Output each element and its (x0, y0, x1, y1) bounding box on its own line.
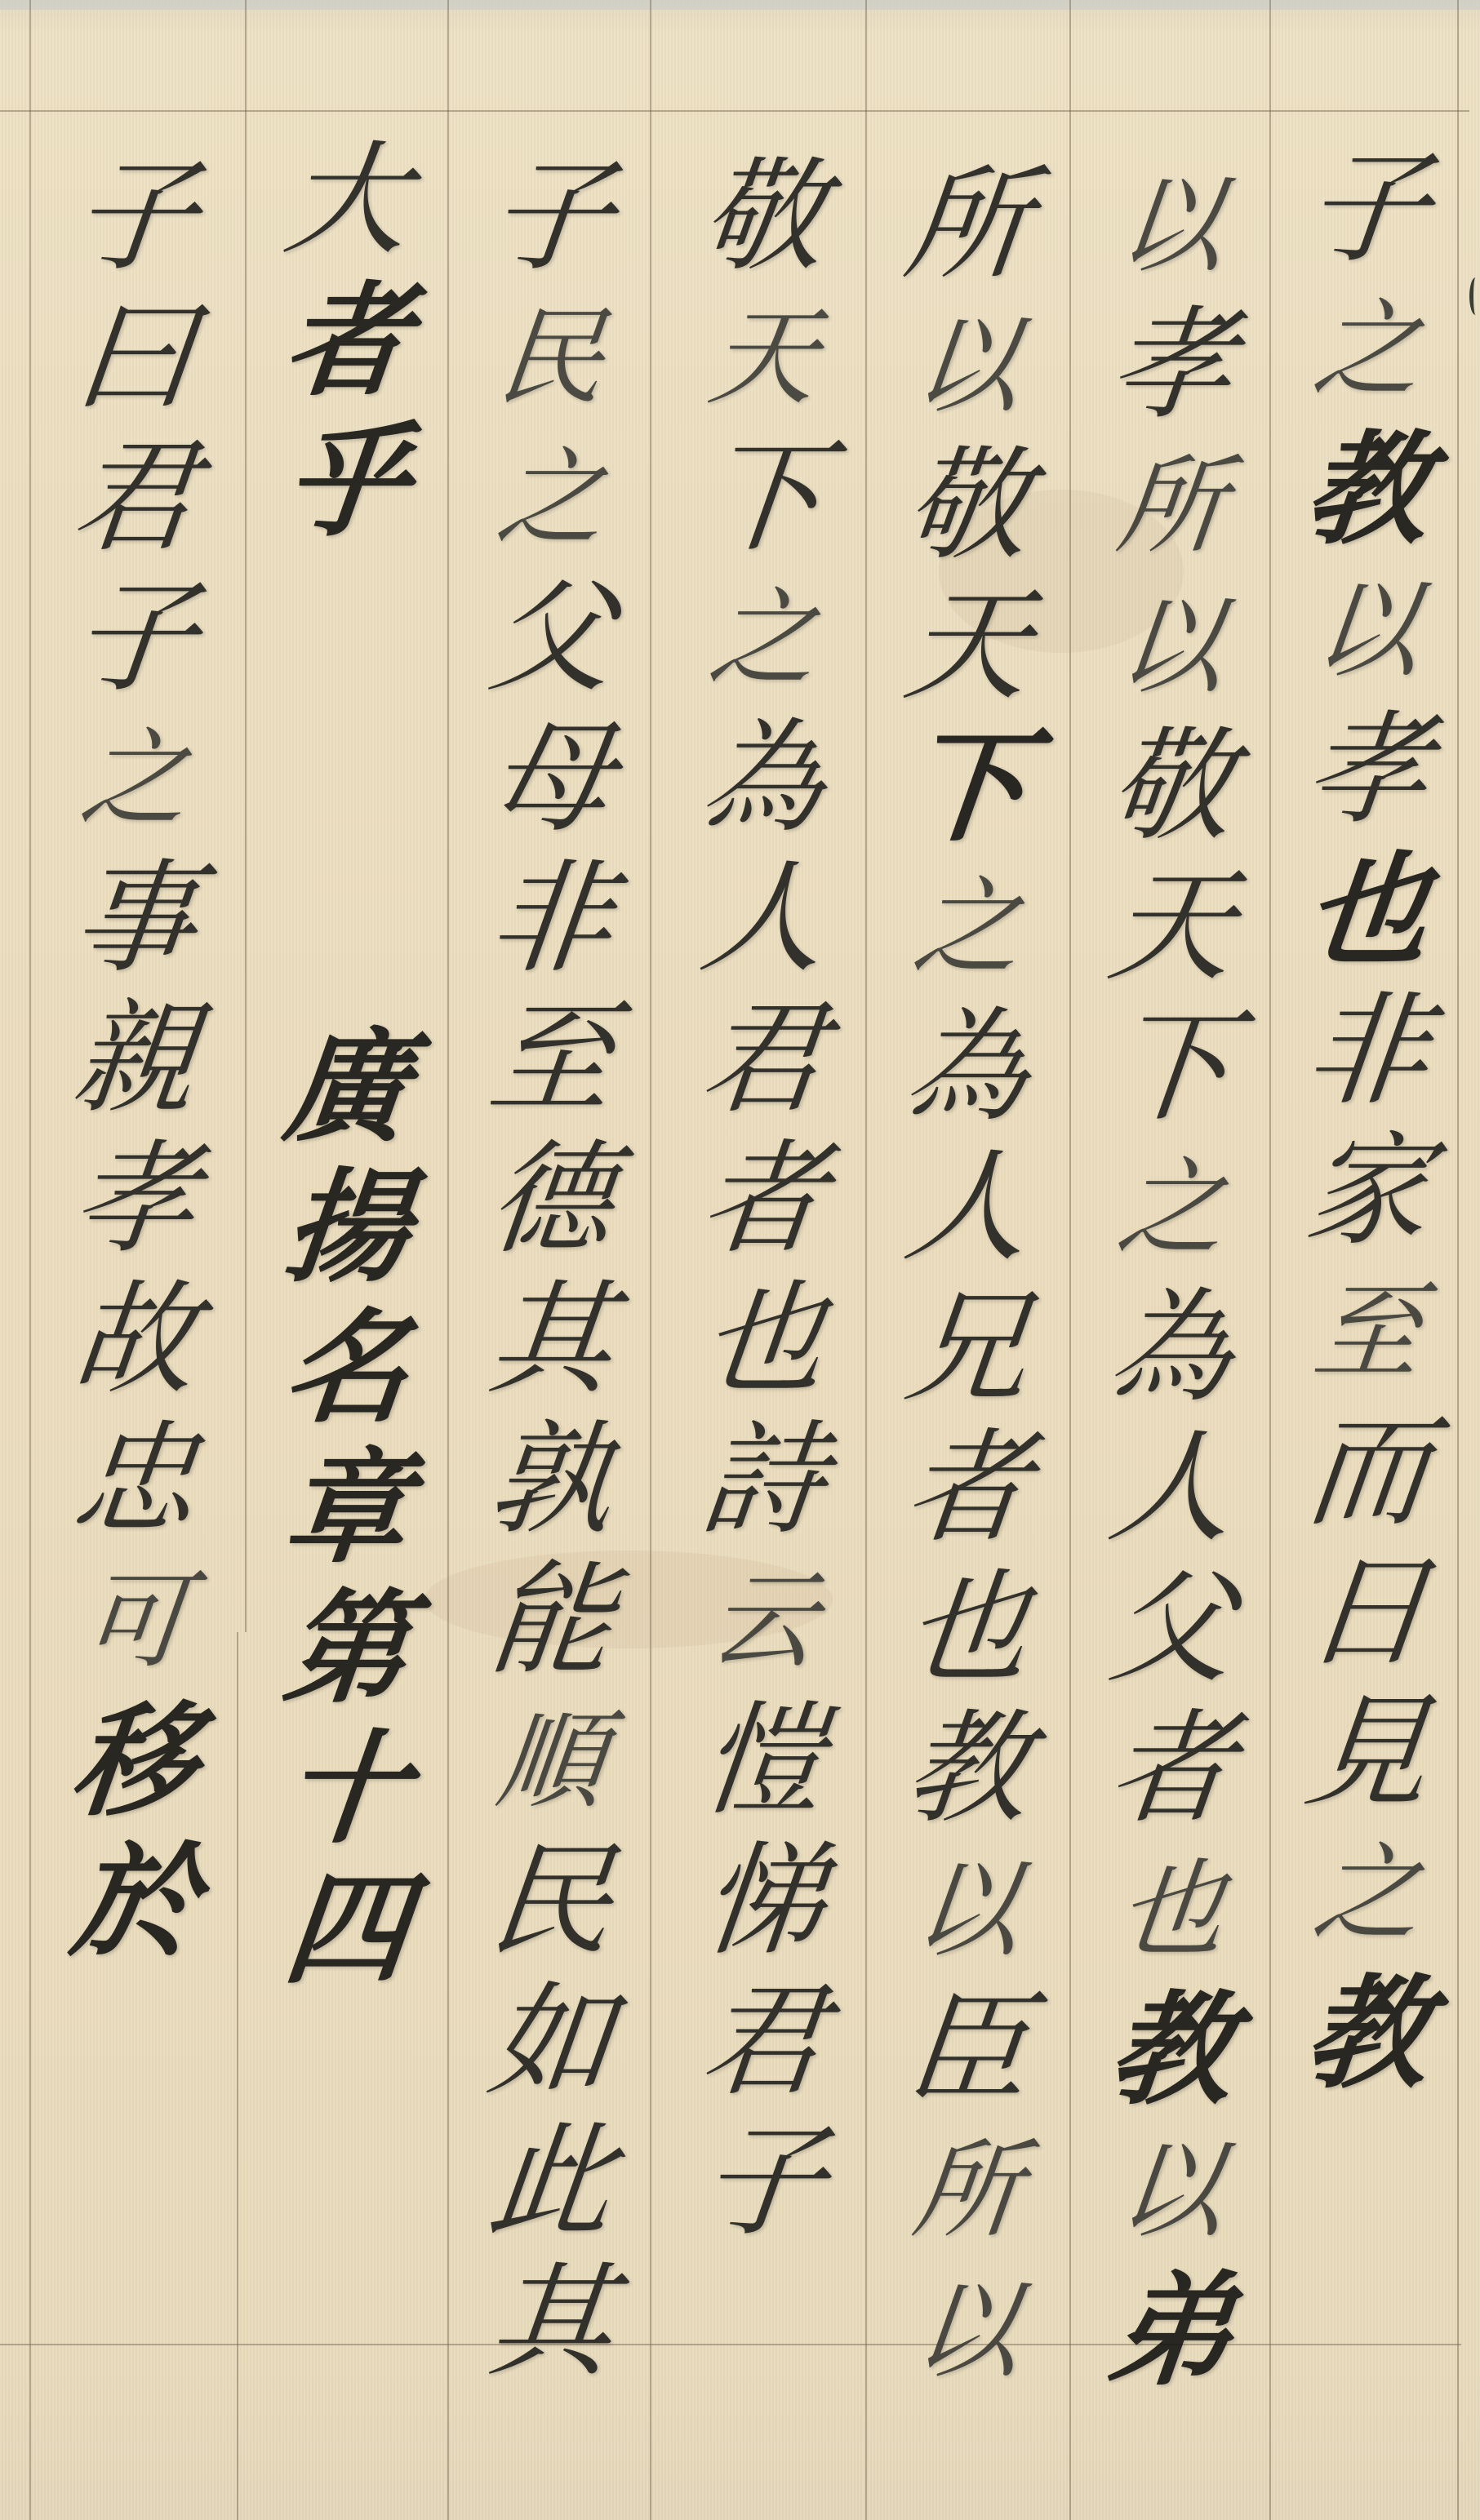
chapter-heading: 廣 揚 名 章 第 十 四 (265, 1017, 429, 1999)
character: 其 (462, 2252, 640, 2393)
edge-ink-mark (1469, 277, 1480, 315)
character: 母 (462, 708, 640, 849)
character: 教 (878, 1699, 1056, 1839)
character: 為 (878, 997, 1056, 1138)
character: 也 (674, 1270, 852, 1410)
character: 也 (1082, 1839, 1260, 1980)
character: 順 (462, 1691, 640, 1831)
character: 臣 (878, 1980, 1056, 2120)
character: 事 (46, 849, 224, 989)
character: 之 (1278, 1823, 1456, 1963)
character: 子 (462, 147, 640, 287)
column-rule (245, 0, 247, 1632)
character: 子 (46, 147, 224, 287)
text-column-7: 子 曰 君 子 之 事 親 孝 故 忠 可 移 於 (37, 147, 233, 2350)
character: 孝 (1082, 295, 1260, 436)
character: 人 (1082, 1418, 1260, 1559)
character: 也 (1278, 841, 1456, 981)
character: 教 (1278, 1963, 1456, 2104)
character: 故 (46, 1270, 224, 1410)
character: 此 (462, 2112, 640, 2252)
top-border-rule (0, 110, 1469, 112)
character: 云 (674, 1551, 852, 1691)
character: 者 (258, 271, 436, 411)
column-rule (1069, 0, 1071, 2520)
character: 以 (878, 2260, 1056, 2401)
character: 忠 (46, 1410, 224, 1551)
character: 乎 (258, 411, 436, 552)
character: 以 (1082, 155, 1260, 295)
character: 以 (1082, 576, 1260, 717)
column-rule (650, 0, 651, 2520)
character: 以 (878, 1839, 1056, 1980)
character: 之 (462, 428, 640, 568)
character: 天 (878, 576, 1056, 717)
character: 民 (462, 1831, 640, 1972)
character: 為 (1082, 1278, 1260, 1418)
heading-character: 四 (258, 1859, 436, 1999)
character: 者 (674, 1129, 852, 1270)
character: 下 (878, 717, 1056, 857)
text-column-2: 以 孝 所 以 敬 天 下 之 為 人 父 者 也 教 以 弟 (1073, 155, 1269, 2358)
character: 於 (46, 1831, 224, 1972)
column-rule (865, 0, 867, 2520)
character: 孝 (46, 1129, 224, 1270)
character: 者 (878, 1418, 1056, 1559)
character: 敬 (1082, 717, 1260, 857)
column-rule (237, 1632, 238, 2520)
character: 父 (1082, 1559, 1260, 1699)
character: 弟 (1082, 2260, 1260, 2401)
text-column-1: 子 之 教 以 孝 也 非 家 至 而 日 見 之 教 (1269, 139, 1465, 2342)
character: 愷 (674, 1691, 852, 1831)
character: 親 (46, 989, 224, 1129)
heading-character: 第 (258, 1578, 436, 1719)
heading-character: 章 (258, 1438, 436, 1578)
text-column-5: 子 民 之 父 母 非 至 德 其 孰 能 順 民 如 此 其 (453, 147, 649, 2350)
character: 人 (878, 1138, 1056, 1278)
character: 以 (1082, 2120, 1260, 2260)
character: 子 (46, 568, 224, 708)
character: 德 (462, 1129, 640, 1270)
character: 日 (1278, 1542, 1456, 1683)
character: 兄 (878, 1278, 1056, 1418)
character: 敬 (674, 147, 852, 287)
character: 而 (1278, 1402, 1456, 1542)
character: 至 (462, 989, 640, 1129)
character: 能 (462, 1551, 640, 1691)
character: 孝 (1278, 700, 1456, 841)
character: 曰 (46, 287, 224, 428)
character: 以 (878, 295, 1056, 436)
character: 君 (46, 428, 224, 568)
character: 下 (674, 428, 852, 568)
character: 之 (1278, 279, 1456, 419)
character: 民 (462, 287, 640, 428)
character: 之 (878, 857, 1056, 997)
heading-character: 廣 (258, 1017, 436, 1157)
text-column-3: 所 以 敬 天 下 之 為 人 兄 者 也 教 以 臣 所 以 (869, 155, 1065, 2358)
character: 大 (258, 131, 436, 271)
scan-top-edge (0, 0, 1480, 10)
character: 所 (1082, 436, 1260, 576)
character: 人 (674, 849, 852, 989)
character: 父 (462, 568, 640, 708)
character: 非 (462, 849, 640, 989)
character: 教 (1082, 1980, 1260, 2120)
character: 所 (878, 2120, 1056, 2260)
character: 以 (1278, 560, 1456, 700)
character: 非 (1278, 981, 1456, 1121)
character: 天 (674, 287, 852, 428)
character: 悌 (674, 1831, 852, 1972)
character: 詩 (674, 1410, 852, 1551)
character: 至 (1278, 1262, 1456, 1402)
character: 子 (1278, 139, 1456, 279)
character: 見 (1278, 1683, 1456, 1823)
character: 之 (674, 568, 852, 708)
character: 子 (674, 2112, 852, 2252)
character: 如 (462, 1972, 640, 2112)
character: 教 (1278, 419, 1456, 560)
character: 可 (46, 1551, 224, 1691)
column-rule (29, 0, 31, 2520)
character: 為 (674, 708, 852, 849)
manuscript-page: 子 之 教 以 孝 也 非 家 至 而 日 見 之 教 以 孝 所 以 敬 天 … (0, 0, 1480, 2520)
character: 其 (462, 1270, 640, 1410)
heading-character: 揚 (258, 1157, 436, 1298)
text-column-6: 大 者 乎 廣 揚 名 章 第 十 四 (249, 131, 445, 2334)
character: 君 (674, 1972, 852, 2112)
heading-character: 名 (258, 1298, 436, 1438)
heading-character: 十 (258, 1719, 436, 1859)
character: 孰 (462, 1410, 640, 1551)
character: 敬 (878, 436, 1056, 576)
character: 之 (46, 708, 224, 849)
character: 也 (878, 1559, 1056, 1699)
text-column-4: 敬 天 下 之 為 人 君 者 也 詩 云 愷 悌 君 子 (665, 147, 861, 2350)
character: 移 (46, 1691, 224, 1831)
character: 下 (1082, 997, 1260, 1138)
column-rule (447, 0, 449, 2520)
character: 之 (1082, 1138, 1260, 1278)
character: 天 (1082, 857, 1260, 997)
character: 者 (1082, 1699, 1260, 1839)
character: 所 (878, 155, 1056, 295)
character: 家 (1278, 1121, 1456, 1262)
character: 君 (674, 989, 852, 1129)
